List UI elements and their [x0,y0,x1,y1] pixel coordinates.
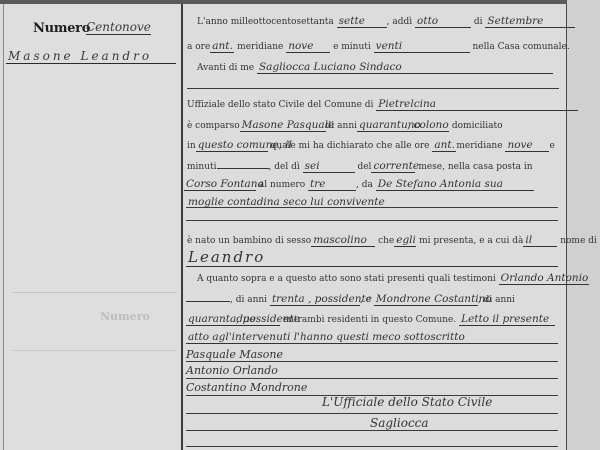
field-eta-testimone-1: trenta [270,293,306,306]
text-static: e [549,141,554,151]
act-line-3: Avanti di me Sagliocca Luciano Sindaco [197,61,553,74]
text-static: A quanto sopra e a questo atto sono stat… [197,274,496,284]
rule [186,446,558,447]
field-prof-testimone-2: , possidente [234,313,280,326]
field-numero-civico: tre [308,178,356,191]
field-eta-testimone-2: quarantadue [186,313,234,326]
text-static: entrambi residenti in questo Comune. [283,315,456,325]
act-line-14: quarantadue, possidente entrambi residen… [186,313,555,326]
field-madre: De Stefano Antonia sua [376,178,534,191]
text-static: , di anni [230,295,267,305]
text-static: al numero [259,180,305,190]
field-minuti: venti [374,40,470,53]
act-line-4: Uffiziale dello stato Civile del Comune … [187,98,578,111]
field-letto: Letto il presente [459,313,555,326]
text-static: domiciliato [452,121,503,131]
field-ore-tipo: ant. [210,40,234,53]
text-static: nome di [560,236,597,246]
rule [187,88,559,89]
signature-2: Antonio Orlando [186,364,278,377]
act-line-5: è comparsoMasone Pasqualedi anniquarantu… [187,119,503,132]
act-line-2: a oreant. meridiane nove e minuti venti … [187,40,570,53]
name-underline [6,63,176,64]
field-ufficiale: Sagliocca Luciano Sindaco [257,61,553,74]
field-testimone-2: Mondrone Costantino [374,293,478,306]
field-mese: Settembre [485,15,575,28]
text-static: , addì [387,17,413,27]
officer-name-signature: Sagliocca [370,416,429,430]
bleedthrough-text: Numero [100,310,150,323]
act-line-6: inquesto comune, il quale mi ha dichiara… [187,139,555,152]
field-sesso: mascolino [311,234,375,247]
field-ora: nove [505,139,549,152]
text-static: mi presenta, e a cui dà [419,236,523,246]
act-line-10: è nato un bambino di sessomascolino chee… [187,234,597,247]
signature-1: Pasquale Masone [186,348,283,361]
field-ora: nove [286,40,330,53]
text-static: meridiane [456,141,502,151]
text-static: nella Casa comunale. [473,42,570,52]
text-static: del [357,162,371,172]
text-static: in [187,141,196,151]
text-static: quale mi ha dichiarato che alle ore [271,141,430,151]
field-blank [186,301,230,302]
act-line-7: minuti, del dì sei delcorrente mese, nel… [187,160,533,173]
text-static: di anni [326,121,357,131]
rule [186,378,558,379]
field-dichiarante: Masone Pasquale [240,119,326,132]
field-ore-tipo: ant. [432,139,456,152]
registrant-name: Masone Leandro [8,49,152,63]
rule [186,361,558,362]
text-static: meridiane [237,42,283,52]
bleedthrough-line [12,292,177,293]
act-line-15: atto agl'intervenuti l'hanno questi meco… [186,331,558,344]
column-divider [181,4,183,450]
text-static: e minuti [333,42,371,52]
text-static: L'anno milleottocentosettanta [197,17,334,27]
act-line-13: , di anni trenta, possidente, e Mondrone… [186,293,515,306]
text-static: , da [356,180,373,190]
act-line-8: Corso Fontana al numero tre, da De Stefa… [184,178,534,191]
text-static: Avanti di me [197,63,254,73]
text-static: minuti [187,162,217,172]
rule [186,207,558,208]
bleedthrough-line-2 [12,350,177,351]
rule [186,430,558,431]
numero-label: Numero [33,21,90,36]
text-static: mese, nella casa posta in [418,162,532,172]
text-static: di [474,17,483,27]
field-prof-testimone-1: , possidente [306,293,360,306]
act-line-11: Leandro [186,248,558,267]
text-static: che [378,236,394,246]
text-static: è comparso [187,121,240,131]
field-giorno: otto [415,15,471,28]
text-static: Uffiziale dello stato Civile del Comune … [187,100,373,110]
field-anno: sette [337,15,387,28]
field-mese: corrente [371,160,415,173]
field-egli: egli [394,234,416,247]
text-static: , di anni [478,295,515,305]
field-da: il [523,234,557,247]
rule [186,413,558,414]
field-giorno: sei [303,160,355,173]
left-margin-column [3,4,182,450]
numero-value: Centonove [86,20,151,35]
field-domicilio: questo comune, il [196,139,268,152]
field-eta: quarantuno [357,119,405,132]
field-nome-bambino: Leandro [186,248,558,267]
page-edge-strip [567,0,600,450]
field-letto-cont: atto agl'intervenuti l'hanno questi meco… [186,331,558,344]
act-line-12: A quanto sopra e a questo atto sono stat… [197,272,589,285]
field-minuti [217,168,269,169]
officer-title-signature: L'Ufficiale dello Stato Civile [322,395,492,409]
document-page: Numero Centonove Masone Leandro Numero L… [0,0,600,450]
act-line-1: L'anno milleottocentosettanta sette, add… [197,15,575,28]
signature-3: Costantino Mondrone [186,381,307,394]
text-static: è nato un bambino di sesso [187,236,311,246]
text-static: , e [360,295,371,305]
text-static: , del dì [269,162,300,172]
field-professione: , colono [405,119,449,132]
field-testimone-1: Orlando Antonio [499,272,589,285]
field-luogo: Corso Fontana [184,178,256,191]
rule [186,220,558,221]
field-comune: Pietrelcina [376,98,578,111]
text-static: a ore [187,42,210,52]
